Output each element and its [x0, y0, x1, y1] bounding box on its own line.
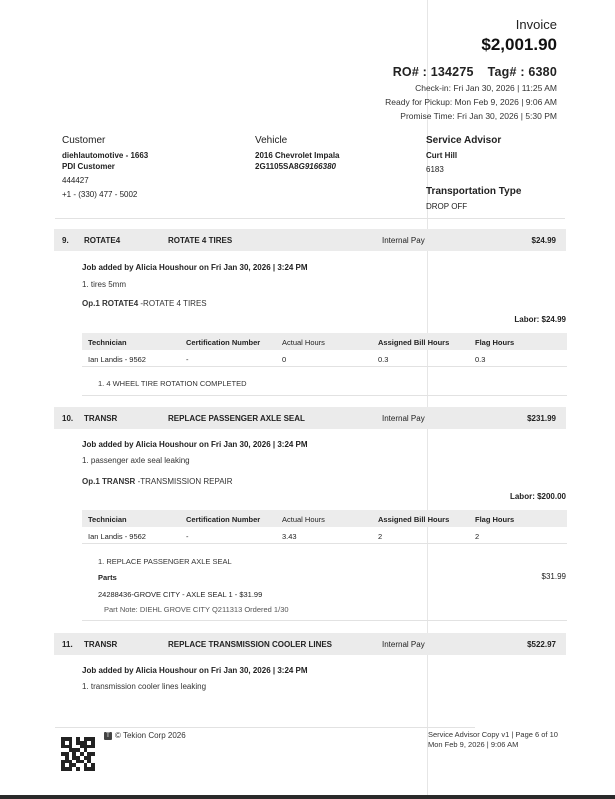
part-line: 24288436-GROVE CITY - AXLE SEAL 1 - $31.…: [98, 590, 262, 599]
footer-page-info: Service Advisor Copy v1 | Page 6 of 10 M…: [428, 730, 558, 750]
customer-info: Customer diehlautomotive - 1663 PDI Cust…: [62, 135, 148, 200]
job-code: ROTATE4: [84, 236, 120, 245]
cell-assigned-bill-hours: 0.3: [378, 355, 388, 364]
job-price: $522.97: [527, 640, 556, 649]
job-number: 9.: [62, 236, 69, 245]
divider: [82, 620, 567, 621]
col-technician: Technician: [88, 338, 127, 347]
job-added-by: Job added by Alicia Houshour on Fri Jan …: [82, 263, 308, 272]
cell-certification: -: [186, 355, 189, 364]
job-added-by: Job added by Alicia Houshour on Fri Jan …: [82, 440, 308, 449]
cell-assigned-bill-hours: 2: [378, 532, 382, 541]
job-description: ROTATE 4 TIRES: [168, 236, 232, 245]
vehicle-info: Vehicle 2016 Chevrolet Impala 2G1105SA8G…: [255, 135, 339, 172]
vin-prefix: 2G1105SA8: [255, 162, 299, 171]
vehicle-vin: 2G1105SA8G9166380: [255, 161, 339, 172]
footer-divider: [55, 727, 475, 728]
ro-number: RO# : 134275: [393, 65, 474, 79]
parts-total: $31.99: [542, 572, 566, 581]
job-description: REPLACE TRANSMISSION COOLER LINES: [168, 640, 332, 649]
footer-copyright: T © Tekion Corp 2026: [104, 731, 186, 740]
customer-phone: +1 - (330) 477 - 5002: [62, 189, 148, 200]
col-certification: Certification Number: [186, 338, 260, 347]
col-certification: Certification Number: [186, 515, 260, 524]
job-concern: 1. passenger axle seal leaking: [82, 456, 190, 465]
op-code: Op.1 ROTATE4: [82, 299, 138, 308]
labor-total: Labor: $24.99: [514, 315, 566, 324]
tech-note: 1. 4 WHEEL TIRE ROTATION COMPLETED: [98, 379, 247, 388]
vehicle-model: 2016 Chevrolet Impala: [255, 150, 339, 161]
customer-title: Customer: [62, 135, 148, 146]
col-assigned-bill-hours: Assigned Bill Hours: [378, 515, 449, 524]
customer-name: diehlautomotive - 1663: [62, 150, 148, 161]
invoice-title: Invoice: [385, 17, 557, 32]
col-flag-hours: Flag Hours: [475, 515, 514, 524]
cell-actual-hours: 0: [282, 355, 286, 364]
service-advisor-id: 6183: [426, 164, 521, 175]
technician-table: Technician Certification Number Actual H…: [82, 333, 567, 367]
copy-page-info: Service Advisor Copy v1 | Page 6 of 10: [428, 730, 558, 740]
job-code: TRANSR: [84, 414, 117, 423]
job-concern: 1. tires 5mm: [82, 280, 126, 289]
tekion-logo-icon: T: [104, 732, 112, 740]
operation-line: Op.1 TRANSR -TRANSMISSION REPAIR: [82, 477, 233, 486]
job-number: 11.: [62, 640, 73, 649]
technician-table: Technician Certification Number Actual H…: [82, 510, 567, 544]
cell-certification: -: [186, 532, 189, 541]
table-row: Ian Landis - 9562 - 0 0.3 0.3: [82, 350, 567, 367]
vehicle-title: Vehicle: [255, 135, 339, 146]
transportation-type-value: DROP OFF: [426, 201, 521, 212]
job-pay-type: Internal Pay: [382, 640, 425, 649]
cell-actual-hours: 3.43: [282, 532, 297, 541]
invoice-total: $2,001.90: [385, 35, 557, 55]
printed-timestamp: Mon Feb 9, 2026 | 9:06 AM: [428, 740, 558, 750]
job-number: 10.: [62, 414, 73, 423]
tag-number: Tag# : 6380: [488, 65, 557, 79]
invoice-header: Invoice $2,001.90 RO# : 134275Tag# : 638…: [385, 17, 557, 121]
scan-edge: [0, 795, 615, 799]
qr-code-icon: [61, 737, 95, 771]
job-price: $231.99: [527, 414, 556, 423]
col-technician: Technician: [88, 515, 127, 524]
service-advisor-info: Service Advisor Curt Hill 6183 Transport…: [426, 135, 521, 212]
parts-label: Parts: [98, 573, 117, 582]
job-header-11: 11. TRANSR REPLACE TRANSMISSION COOLER L…: [54, 633, 566, 655]
job-code: TRANSR: [84, 640, 117, 649]
job-price: $24.99: [532, 236, 556, 245]
col-actual-hours: Actual Hours: [282, 515, 325, 524]
ready-for-pickup-time: Ready for Pickup: Mon Feb 9, 2026 | 9:06…: [385, 97, 557, 107]
ro-tag-line: RO# : 134275Tag# : 6380: [385, 65, 557, 79]
operation-line: Op.1 ROTATE4 -ROTATE 4 TIRES: [82, 299, 207, 308]
col-assigned-bill-hours: Assigned Bill Hours: [378, 338, 449, 347]
cell-flag-hours: 0.3: [475, 355, 485, 364]
job-added-by: Job added by Alicia Houshour on Fri Jan …: [82, 666, 308, 675]
copyright-text: © Tekion Corp 2026: [115, 731, 186, 740]
job-description: REPLACE PASSENGER AXLE SEAL: [168, 414, 305, 423]
op-code: Op.1 TRANSR: [82, 477, 135, 486]
vin-suffix: G9166380: [299, 162, 336, 171]
job-header-9: 9. ROTATE4 ROTATE 4 TIRES Internal Pay $…: [54, 229, 566, 251]
cell-technician: Ian Landis - 9562: [88, 532, 146, 541]
service-advisor-name: Curt Hill: [426, 150, 521, 161]
col-actual-hours: Actual Hours: [282, 338, 325, 347]
part-note: Part Note: DIEHL GROVE CITY Q211313 Orde…: [104, 605, 289, 614]
tech-note: 1. REPLACE PASSENGER AXLE SEAL: [98, 557, 232, 566]
table-header: Technician Certification Number Actual H…: [82, 333, 567, 350]
job-pay-type: Internal Pay: [382, 236, 425, 245]
customer-type: PDI Customer: [62, 161, 148, 172]
op-description: -ROTATE 4 TIRES: [138, 299, 206, 308]
customer-id: 444427: [62, 175, 148, 186]
checkin-time: Check-in: Fri Jan 30, 2026 | 11:25 AM: [385, 83, 557, 93]
cell-technician: Ian Landis - 9562: [88, 355, 146, 364]
op-description: -TRANSMISSION REPAIR: [135, 477, 232, 486]
job-concern: 1. transmission cooler lines leaking: [82, 682, 206, 691]
table-header: Technician Certification Number Actual H…: [82, 510, 567, 527]
labor-total: Labor: $200.00: [510, 492, 566, 501]
job-pay-type: Internal Pay: [382, 414, 425, 423]
promise-time: Promise Time: Fri Jan 30, 2026 | 5:30 PM: [385, 111, 557, 121]
col-flag-hours: Flag Hours: [475, 338, 514, 347]
divider: [82, 395, 567, 396]
table-row: Ian Landis - 9562 - 3.43 2 2: [82, 527, 567, 544]
service-advisor-title: Service Advisor: [426, 135, 521, 146]
job-header-10: 10. TRANSR REPLACE PASSENGER AXLE SEAL I…: [54, 407, 566, 429]
divider: [55, 218, 565, 219]
transportation-type-title: Transportation Type: [426, 186, 521, 197]
cell-flag-hours: 2: [475, 532, 479, 541]
